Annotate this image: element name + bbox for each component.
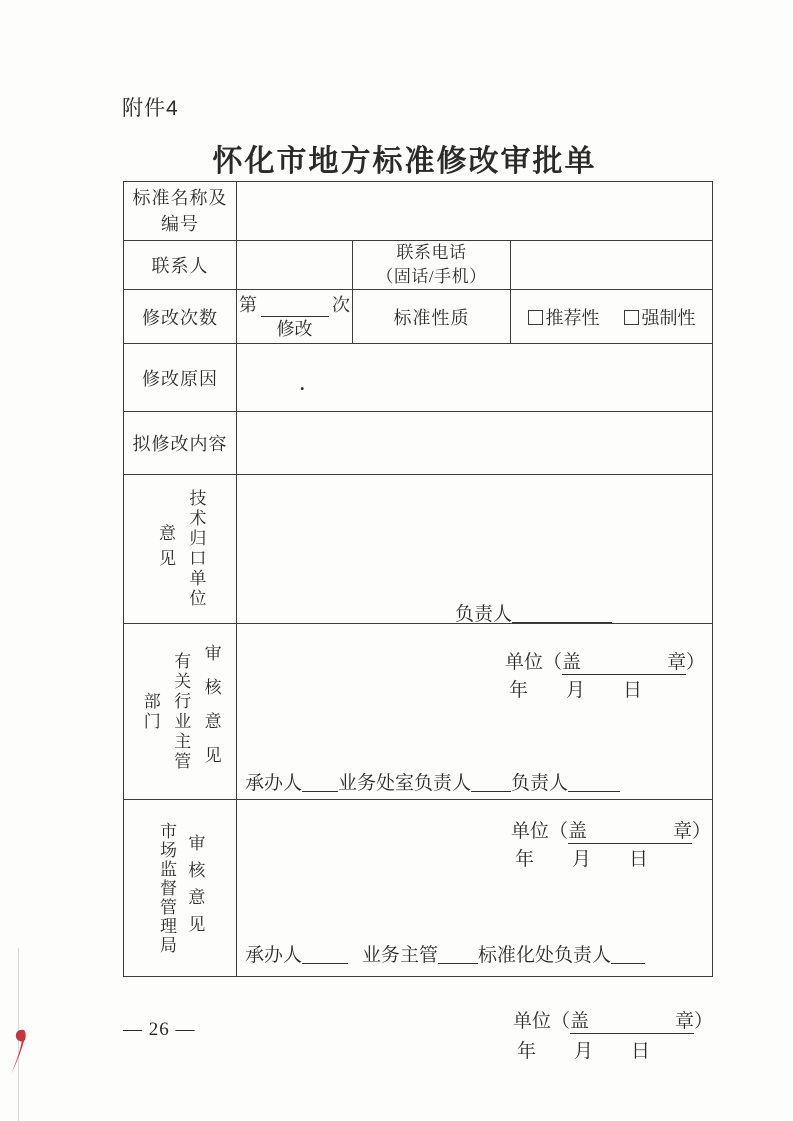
standard-name-label-line1: 标准名称及 (124, 185, 236, 211)
market-review-header-cell: 市场监督管理局 审核意见 (124, 800, 237, 977)
market-std-leader-label: 标准化处负责人 (478, 945, 611, 966)
market-date-line[interactable]: 年 月 日 (517, 1036, 650, 1063)
row-revision-count: 修改次数 第次 修改 标准性质 推荐性 强制性 (124, 290, 713, 344)
standard-name-label-line2: 编号 (124, 211, 236, 237)
tech-leader-line: 负责人 (455, 599, 612, 626)
tech-opinion-header-cell: 意见 技术归口单位 (124, 475, 237, 624)
industry-seal-suffix: ） (692, 821, 711, 842)
industry-seal-left: 盖 (568, 821, 587, 842)
phone-label-line2: （固话/手机） (353, 265, 510, 289)
industry-org-vtext-1: 有关行业主管 (170, 652, 190, 772)
phone-input-cell[interactable] (511, 241, 713, 290)
tech-seal-line: 单位（盖章） (505, 647, 705, 674)
industry-review-vtext: 审核意见 (200, 644, 220, 780)
proposed-input-cell[interactable] (237, 412, 713, 475)
count-suffix: 次 (332, 293, 350, 317)
nature-label-cell: 标准性质 (353, 290, 511, 344)
market-seal-suffix: ） (694, 1011, 713, 1032)
page-number: — 26 — (123, 1019, 196, 1041)
page-title: 怀化市地方标准修改审批单 (8, 136, 793, 180)
industry-seal-right: 章 (673, 821, 692, 842)
industry-handler-blank-field[interactable] (302, 788, 338, 792)
stray-mark: . (300, 374, 305, 395)
checkbox-mandatory-label: 强制性 (642, 308, 696, 328)
market-seal-left: 盖 (570, 1011, 589, 1032)
tech-seal-suffix: ） (686, 652, 705, 673)
row-contact: 联系人 联系电话 （固话/手机） (124, 241, 713, 290)
tech-org-vtext: 技术归口单位 (185, 489, 205, 609)
phone-label-cell: 联系电话 （固话/手机） (353, 241, 511, 290)
industry-sign-line: 承办人业务处室负责人负责人 (245, 768, 620, 795)
market-review-vtext: 审核意见 (184, 834, 204, 942)
market-supervisor-blank-field[interactable] (438, 960, 478, 964)
tech-leader-label: 负责人 (455, 604, 512, 625)
tech-opinion-content-cell[interactable]: 负责人 单位（盖章） 年 月 日 (237, 475, 713, 624)
attachment-label: 附件4 (122, 92, 179, 122)
market-seal-blank-field[interactable]: 盖章 (570, 1011, 694, 1034)
tech-date-line[interactable]: 年 月 日 (509, 675, 642, 702)
tech-leader-blank-field[interactable] (512, 619, 612, 623)
approval-form-table: 标准名称及 编号 联系人 联系电话 （固话/手机） 修改次数 (123, 181, 713, 977)
row-proposed-content: 拟修改内容 (124, 412, 713, 475)
row-standard-name: 标准名称及 编号 (124, 182, 713, 241)
checkbox-mandatory[interactable]: 强制性 (624, 304, 696, 330)
industry-handler-label: 承办人 (245, 773, 302, 794)
industry-office-blank-field[interactable] (471, 788, 511, 792)
market-supervisor-label: 业务主管 (362, 945, 438, 966)
count-line2: 修改 (237, 317, 352, 341)
red-ink-mark (8, 1028, 32, 1078)
revision-count-input-cell: 第次 修改 (237, 290, 353, 344)
industry-date-line[interactable]: 年 月 日 (515, 844, 648, 871)
phone-label-line1: 联系电话 (353, 241, 510, 265)
industry-review-header-cell: 部门 有关行业主管 审核意见 (124, 624, 237, 800)
tech-seal-prefix: 单位（ (505, 652, 562, 673)
count-prefix: 第 (239, 293, 257, 317)
nature-options-cell: 推荐性 强制性 (511, 290, 713, 344)
market-seal-prefix: 单位（ (513, 1011, 570, 1032)
scanned-form-page: 附件4 怀化市地方标准修改审批单 标准名称及 编号 联系人 联系电话 （固话/手… (0, 0, 793, 1121)
tech-seal-left: 盖 (562, 652, 581, 673)
count-blank-field[interactable] (261, 313, 329, 317)
market-handler-blank-field[interactable] (302, 960, 348, 964)
reason-label-cell: 修改原因 (124, 344, 237, 412)
industry-seal-blank-field[interactable]: 盖章 (568, 821, 692, 844)
tech-seal-right: 章 (667, 652, 686, 673)
industry-office-label: 业务处室负责人 (338, 773, 471, 794)
reason-input-cell[interactable]: . (237, 344, 713, 412)
tech-opinion-vtext: 意见 (155, 524, 175, 574)
proposed-label-cell: 拟修改内容 (124, 412, 237, 475)
standard-name-label-cell: 标准名称及 编号 (124, 182, 237, 241)
contact-input-cell[interactable] (237, 241, 353, 290)
market-handler-label: 承办人 (245, 945, 302, 966)
tech-seal-blank-field[interactable]: 盖章 (562, 652, 686, 675)
checkbox-mandatory-box[interactable] (624, 310, 639, 325)
market-seal-right: 章 (675, 1011, 694, 1032)
standard-name-input-cell[interactable] (237, 182, 713, 241)
industry-seal-prefix: 单位（ (511, 821, 568, 842)
checkbox-recommended[interactable]: 推荐性 (528, 304, 600, 330)
checkbox-recommended-label: 推荐性 (546, 308, 600, 328)
industry-seal-line: 单位（盖章） (511, 816, 711, 843)
industry-org-vtext-2: 部门 (139, 692, 159, 732)
market-org-vtext: 市场监督管理局 (156, 822, 176, 955)
industry-leader-label: 负责人 (511, 773, 568, 794)
revision-count-label-cell: 修改次数 (124, 290, 237, 344)
contact-label-cell: 联系人 (124, 241, 237, 290)
row-tech-opinion: 意见 技术归口单位 负责人 单位（盖章） 年 月 日 (124, 475, 713, 624)
market-sign-line: 承办人业务主管标准化处负责人 (245, 940, 645, 967)
row-reason: 修改原因 . (124, 344, 713, 412)
checkbox-recommended-box[interactable] (528, 310, 543, 325)
market-std-leader-blank-field[interactable] (611, 960, 645, 964)
industry-leader-blank-field[interactable] (568, 788, 620, 792)
market-seal-line: 单位（盖章） (513, 1006, 713, 1033)
